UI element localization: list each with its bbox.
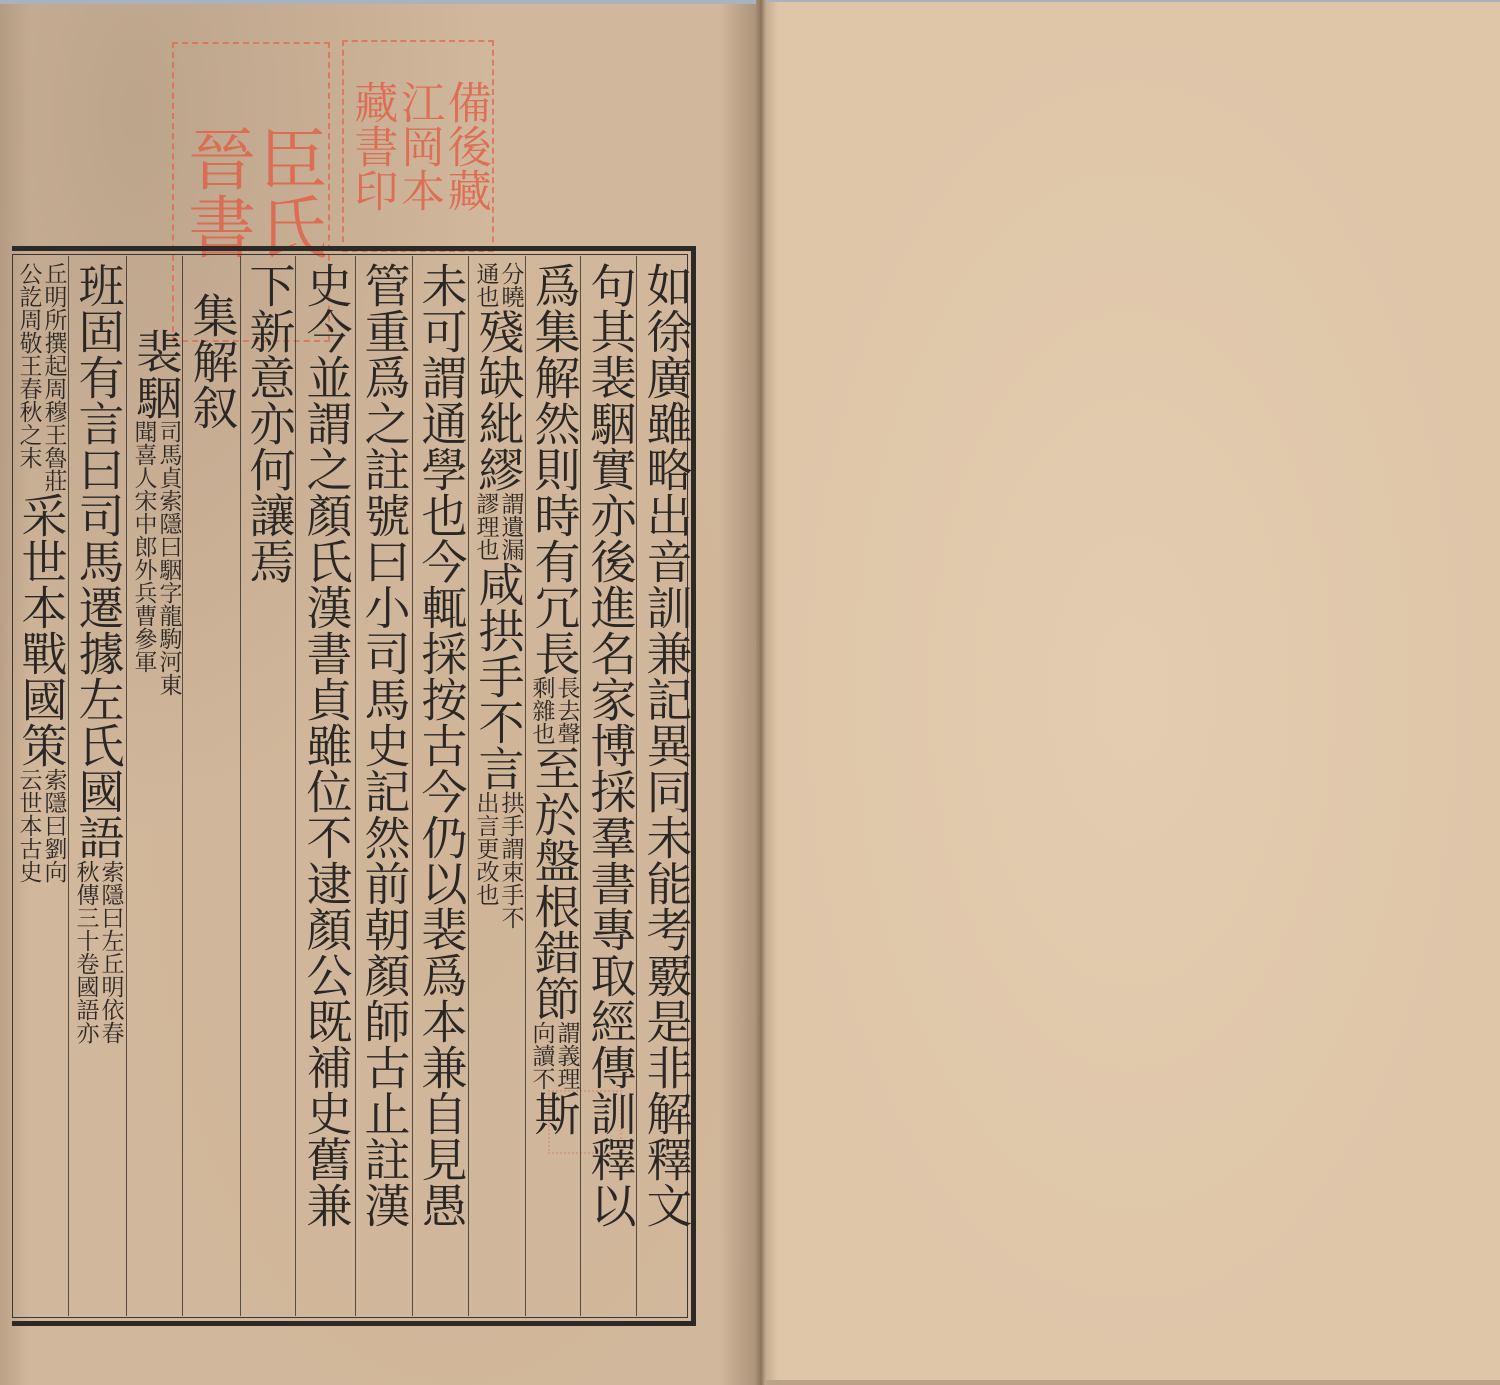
main-text: 管重爲之註號曰小司馬史記然前朝顏師古止註漢 <box>359 262 410 1228</box>
book-gutter <box>756 0 766 1385</box>
commentary-right: 司馬貞索隱曰駰字龍駒河東 <box>157 420 181 696</box>
commentary-right: 索隱曰劉向 <box>42 768 66 883</box>
seal-column: 備後藏 <box>441 46 488 246</box>
commentary-right: 丘明所撰起周穆王魯莊 <box>42 262 66 492</box>
main-text: 采世本戰國策 <box>16 492 67 768</box>
main-text: 咸拱手不言 <box>473 561 524 791</box>
commentary-right: 索隱曰左丘明依春 <box>99 860 123 1044</box>
commentary: 謂義理 向讀不 <box>530 1021 579 1090</box>
commentary: 謂遺漏 謬理也 <box>474 492 523 561</box>
main-text: 斯 <box>529 1090 580 1136</box>
column-rule <box>240 256 241 1316</box>
commentary-right: 謂義理 <box>555 1021 579 1090</box>
main-text: 如徐廣雖略出音訓兼記異同未能考覈是非解釋文 <box>641 262 692 1228</box>
text-column: 句其裴駰實亦後進名家博採羣書專取經傳訓釋以 <box>584 262 636 1318</box>
text-column: 分曉 通也 殘缺紕繆 謂遺漏 謬理也 咸拱手不言 拱手謂束手不 出言更改也 <box>472 262 524 1318</box>
commentary-right: 謂遺漏 <box>499 492 523 561</box>
book-spread: 臣氏 晉書 備後藏 江岡本 藏書印 如徐廣雖略出音訓兼記異同未能考覈是非解釋文 … <box>0 0 1500 1385</box>
seal-column: 藏書印 <box>348 46 395 246</box>
commentary-left: 出言更改也 <box>474 791 498 929</box>
section-title: 集解叙 <box>187 292 238 430</box>
red-seal-small: 備後藏 江岡本 藏書印 <box>342 40 494 252</box>
text-column: 裴駰 司馬貞索隱曰駰字龍駒河東 聞喜人宋中郎外兵曹參軍 <box>130 328 182 1384</box>
column-rule <box>68 256 69 1316</box>
commentary-right: 拱手謂束手不 <box>499 791 523 929</box>
main-text: 句其裴駰實亦後進名家博採羣書專取經傳訓釋以 <box>585 262 636 1228</box>
text-column: 史今並謂之顏氏漢書貞雖位不逮顏公既補史舊兼 <box>300 262 352 1318</box>
main-text: 史今並謂之顏氏漢書貞雖位不逮顏公既補史舊兼 <box>301 262 352 1228</box>
author-name: 裴駰 <box>131 328 182 420</box>
commentary: 分曉 通也 <box>474 262 523 308</box>
text-column: 爲集解然則時有冗長 長去聲 剩雜也 至於盤根錯節 謂義理 向讀不 斯 <box>528 262 580 1318</box>
text-column: 班固有言曰司馬遷據左氏國語 索隱曰左丘明依春 秋傳三十卷國語亦 <box>72 262 124 1318</box>
commentary-left: 通也 <box>474 262 498 308</box>
commentary: 索隱曰劉向 云世本古史 <box>17 768 66 883</box>
commentary: 拱手謂束手不 出言更改也 <box>474 791 523 929</box>
text-column: 丘明所撰起周穆王魯莊 公訖周敬王春秋之末 采世本戰國策 索隱曰劉向 云世本古史 <box>14 262 68 1318</box>
commentary-left: 云世本古史 <box>17 768 41 883</box>
column-rule <box>412 256 413 1316</box>
main-text: 至於盤根錯節 <box>529 745 580 1021</box>
right-page-blank <box>764 2 1500 1380</box>
main-text: 下新意亦何讓焉 <box>244 262 295 584</box>
text-column: 如徐廣雖略出音訓兼記異同未能考覈是非解釋文 <box>640 262 692 1318</box>
commentary: 索隱曰左丘明依春 秋傳三十卷國語亦 <box>74 860 123 1044</box>
commentary: 司馬貞索隱曰駰字龍駒河東 聞喜人宋中郎外兵曹參軍 <box>132 420 181 696</box>
main-text: 未可謂通學也今輒採按古今仍以裴爲本兼自見愚 <box>416 262 467 1228</box>
commentary-right: 長去聲 <box>555 676 579 745</box>
text-column: 管重爲之註號曰小司馬史記然前朝顏師古止註漢 <box>358 262 410 1318</box>
column-rule <box>355 256 356 1316</box>
section-title-column: 集解叙 <box>186 292 238 1348</box>
commentary-left: 謬理也 <box>474 492 498 561</box>
commentary: 長去聲 剩雜也 <box>530 676 579 745</box>
main-text: 爲集解然則時有冗長 <box>529 262 580 676</box>
commentary-left: 公訖周敬王春秋之末 <box>17 262 41 492</box>
seal-column: 江岡本 <box>395 46 442 246</box>
commentary-right: 分曉 <box>499 262 523 308</box>
main-text: 殘缺紕繆 <box>473 308 524 492</box>
commentary-left: 向讀不 <box>530 1021 554 1090</box>
commentary-left: 秋傳三十卷國語亦 <box>74 860 98 1044</box>
column-rule <box>126 256 127 1316</box>
text-column: 下新意亦何讓焉 <box>243 262 295 1318</box>
commentary: 丘明所撰起周穆王魯莊 公訖周敬王春秋之末 <box>17 262 66 492</box>
text-column: 未可謂通學也今輒採按古今仍以裴爲本兼自見愚 <box>415 262 467 1318</box>
main-text: 班固有言曰司馬遷據左氏國語 <box>73 262 124 860</box>
commentary-left: 聞喜人宋中郎外兵曹參軍 <box>132 420 156 696</box>
commentary-left: 剩雜也 <box>530 676 554 745</box>
